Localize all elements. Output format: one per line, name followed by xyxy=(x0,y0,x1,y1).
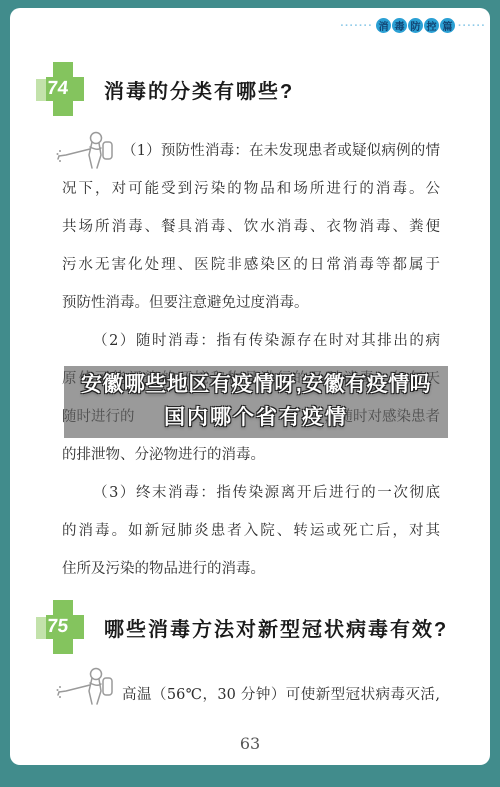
dotted-line-left: ······· xyxy=(340,19,373,33)
dotted-line-right: ······ xyxy=(458,19,486,33)
question-75-title: 哪些消毒方法对新型冠状病毒有效? xyxy=(104,613,448,642)
sprayer-icon xyxy=(56,128,118,174)
body-text-line: 况下，对可能受到污染的物品和场所进行的消毒。公 xyxy=(62,170,440,208)
body-text-line: 共场所消毒、餐具消毒、饮水消毒、衣物消毒、粪便 xyxy=(62,208,440,246)
page-number: 63 xyxy=(10,734,490,753)
chapter-badge: ······· 消 毒 防 控 篇 ······ xyxy=(340,18,486,33)
badge-char-circle: 篇 xyxy=(440,18,455,33)
badge-char-circle: 消 xyxy=(376,18,391,33)
cross-icon: 74 xyxy=(36,62,84,116)
body-text-line: （1）预防性消毒：在未发现患者或疑似病例的情 xyxy=(62,132,440,170)
question-75-answer: 高温（56℃，30 分钟）可使新型冠状病毒灭活, xyxy=(62,676,440,714)
body-text-line: 住所及污染的物品进行的消毒。 xyxy=(62,550,440,588)
question-74-title: 消毒的分类有哪些? xyxy=(104,75,294,104)
body-text-line: 污水无害化处理、医院非感染区的日常消毒等都属于 xyxy=(62,246,440,284)
question-74-header: 74 消毒的分类有哪些? xyxy=(36,62,294,116)
badge-char-circle: 控 xyxy=(424,18,439,33)
badge-char-circle: 防 xyxy=(408,18,423,33)
question-number: 74 xyxy=(46,78,69,100)
body-text-line: 预防性消毒。但要注意避免过度消毒。 xyxy=(62,284,440,322)
body-text-line: 的消毒。如新冠肺炎患者入院、转运或死亡后，对其 xyxy=(62,512,440,550)
body-text-line: （3）终末消毒：指传染源离开后进行的一次彻底 xyxy=(62,474,440,512)
question-74-answer: （1）预防性消毒：在未发现患者或疑似病例的情 况下，对可能受到污染的物品和场所进… xyxy=(62,132,440,588)
sprayer-icon xyxy=(56,664,118,710)
question-75-header: 75 哪些消毒方法对新型冠状病毒有效? xyxy=(36,600,448,654)
body-text-line: 的排泄物、分泌物进行的消毒。 xyxy=(62,436,440,474)
page-background: ······· 消 毒 防 控 篇 ······ 74 消毒的分类有哪些? xyxy=(0,0,500,787)
document-page: ······· 消 毒 防 控 篇 ······ 74 消毒的分类有哪些? xyxy=(10,8,490,765)
badge-char-circle: 毒 xyxy=(392,18,407,33)
question-number: 75 xyxy=(46,616,69,638)
watermark-text-line2: 国内哪个省有疫情 xyxy=(64,401,448,434)
watermark-overlay: 安徽哪些地区有疫情呀,安徽有疫情吗 国内哪个省有疫情 xyxy=(64,366,448,438)
watermark-text-line1: 安徽哪些地区有疫情呀,安徽有疫情吗 xyxy=(64,368,448,401)
cross-icon: 75 xyxy=(36,600,84,654)
chapter-badge-circles: 消 毒 防 控 篇 xyxy=(376,18,455,33)
body-text-line: （2）随时消毒：指有传染源存在时对其排出的病 xyxy=(62,322,440,360)
body-text-line: 高温（56℃，30 分钟）可使新型冠状病毒灭活, xyxy=(62,676,440,714)
